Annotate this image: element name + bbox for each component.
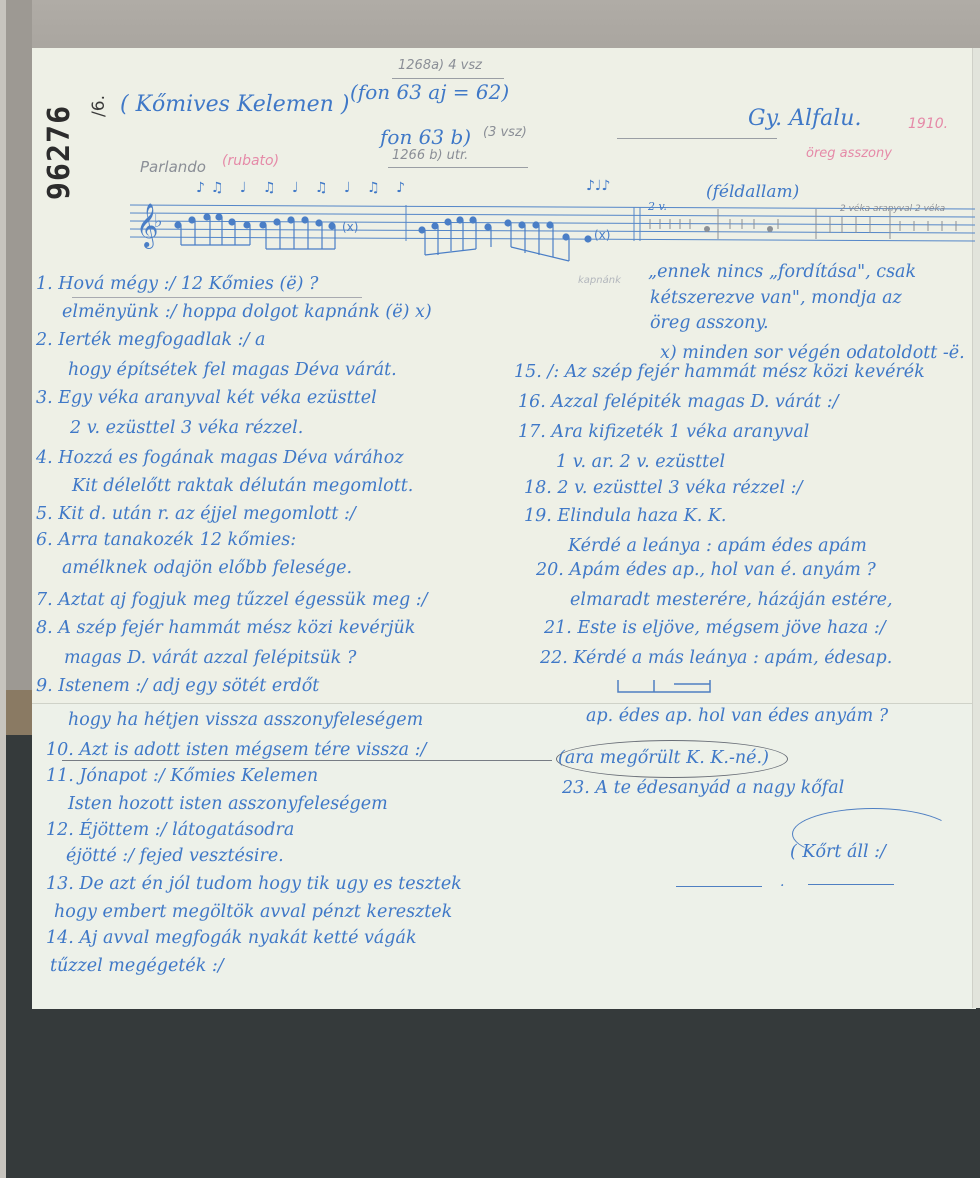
archive-suffix: /6. — [89, 95, 109, 117]
verse-12-line-2: éjötté :/ fejed vesztésire. — [66, 846, 284, 866]
rhythm-marks-2: ♪♩♪ — [586, 178, 610, 194]
verse-2-line-2: hogy építsétek fel magas Déva várát. — [68, 360, 397, 380]
reference-1: (fon 63 aj = 62) — [350, 80, 509, 104]
rhythm-bracket — [614, 676, 714, 696]
verse-22-line-1: 22. Kérdé a más leánya : apám, édesap. — [540, 648, 892, 668]
verse-23-line-1: 23. A te édesanyád a nagy kőfal — [562, 778, 844, 798]
verse-9-line-1: 9. Istenem :/ adj egy sötét erdőt — [36, 676, 319, 696]
verse-14-line-1: 14. Aj avval megfogák nyakát ketté vágák — [46, 928, 417, 948]
verse-17-line-2: 1 v. ar. 2 v. ezüsttel — [556, 452, 725, 472]
closing-dash-left — [676, 886, 762, 887]
verse-20-line-2: elmaradt mesterére, házáján estére, — [570, 590, 893, 610]
second-section-label: 2 v. — [648, 200, 667, 213]
melody-label: (féldallam) — [706, 182, 799, 202]
translation-note-line: kétszerezve van", mondja az — [650, 288, 902, 308]
verse-22-line-2: ap. édes ap. hol van édes anyám ? — [586, 706, 888, 726]
verse-17-line-1: 17. Ara kifizeték 1 véka aranyval — [518, 422, 809, 442]
verse-5-line-1: 5. Kit d. után r. az éjjel megomlott :/ — [36, 504, 356, 524]
verse-12-line-1: 12. Éjöttem :/ látogatásodra — [46, 820, 294, 840]
translation-note-line: öreg asszony. — [650, 313, 769, 333]
verse-6-line-1: 6. Arra tanakozék 12 kőmies: — [36, 530, 296, 550]
verse-15-line-1: 15. /: Az szép fejér hammát mész közi ke… — [514, 362, 925, 382]
verse-4-line-1: 4. Hozzá es fogának magas Déva várához — [36, 448, 404, 468]
pencil-underline — [392, 78, 504, 79]
pencil-strike — [62, 760, 552, 761]
pencil-loop — [556, 740, 788, 778]
verse-11-line-1: 11. Jónapot :/ Kőmies Kelemen — [46, 766, 318, 786]
pencil-underline — [72, 297, 362, 298]
tempo-marking: Parlando — [140, 158, 206, 176]
location: Gy. Alfalu. — [748, 106, 861, 131]
verse-19-line-1: 19. Elindula haza K. K. — [524, 506, 726, 526]
svg-text:(x): (x) — [342, 220, 358, 234]
verse-21-line-1: 21. Este is eljöve, mégsem jöve haza :/ — [544, 618, 886, 638]
svg-text:♭: ♭ — [154, 211, 163, 232]
verse-7-line-1: 7. Aztat aj fogjuk meg tűzzel égessük me… — [36, 590, 428, 610]
verse-16-line-1: 16. Azzal felépiték magas D. várát :/ — [518, 392, 838, 412]
verse-6-line-2: amélknek odajön előbb felesége. — [62, 558, 352, 578]
verse-1-line-1: 1. Hová mégy :/ 12 Kőmies (ë) ? — [36, 274, 318, 294]
verse-8-line-2: magas D. várát azzal felépitsük ? — [64, 648, 356, 668]
song-title: ( Kőmives Kelemen ) — [120, 92, 349, 117]
verse-20-line-1: 20. Apám édes ap., hol van é. anyám ? — [536, 560, 876, 580]
verse-1-line-2: elmënyünk :/ hoppa dolgot kapnánk (ë) x) — [62, 302, 432, 322]
rhythm-marks: ♪♫ ♩ ♫ ♩ ♫ ♩ ♫ ♪ — [196, 180, 411, 196]
verse-9-line-2: hogy ha hétjen vissza asszonyfeleségem — [68, 710, 423, 730]
reference-2: fon 63 b) — [380, 125, 471, 149]
verse-2-line-1: 2. Ierték megfogadlak :/ a — [36, 330, 265, 350]
closing-dash-right — [808, 884, 894, 885]
tempo-marking-red: (rubato) — [222, 153, 279, 169]
staff-pencil-annotation: 2 véka aranyval 2 véka — [840, 204, 945, 214]
verse-18-line-1: 18. 2 v. ezüsttel 3 véka rézzel :/ — [524, 478, 802, 498]
reference-2-verses: (3 vsz) — [483, 125, 527, 140]
paper-edge — [972, 48, 980, 1008]
footnote: x) minden sor végén odatoldott -ë. — [660, 343, 965, 363]
verse-11-line-2: Isten hozott isten asszonyfeleségem — [68, 794, 388, 814]
verse-14-line-2: tűzzel megégeték :/ — [50, 956, 224, 976]
reference-1-pencil: 1268a) 4 vsz — [398, 58, 482, 73]
verse-19-line-2: Kérdé a leánya : apám édes apám — [568, 536, 867, 556]
verse-13-line-1: 13. De azt én jól tudom hogy tik ugy es … — [46, 874, 462, 894]
archive-number: 96276 — [42, 105, 77, 200]
verse-3-line-2: 2 v. ezüsttel 3 véka rézzel. — [70, 418, 303, 438]
closing-dot: . — [780, 874, 784, 890]
reference-2-pencil: 1266 b) utr. — [392, 148, 468, 163]
translation-note-line: „ennek nincs „fordítása", csak — [648, 262, 916, 282]
verse-10-line-1: 10. Azt is adott isten mégsem tére vissz… — [46, 740, 426, 760]
verse-3-line-1: 3. Egy véka aranyval két véka ezüsttel — [36, 388, 377, 408]
svg-text:(x): (x) — [594, 228, 610, 242]
informant: öreg asszony — [806, 146, 892, 161]
pencil-rule — [617, 138, 777, 139]
verse-4-line-2: Kit délelőtt raktak délután megomlott. — [72, 476, 413, 496]
margin-pencil-note: kapnánk — [578, 275, 621, 286]
verse-8-line-1: 8. A szép fejér hammát mész közi kevérjü… — [36, 618, 415, 638]
pencil-underline — [388, 167, 528, 168]
scanner-edge — [0, 0, 6, 1178]
verse-13-line-2: hogy embert megöltök avval pénzt kereszt… — [54, 902, 452, 922]
collection-year: 1910. — [908, 116, 948, 132]
ink-loop — [792, 808, 954, 860]
